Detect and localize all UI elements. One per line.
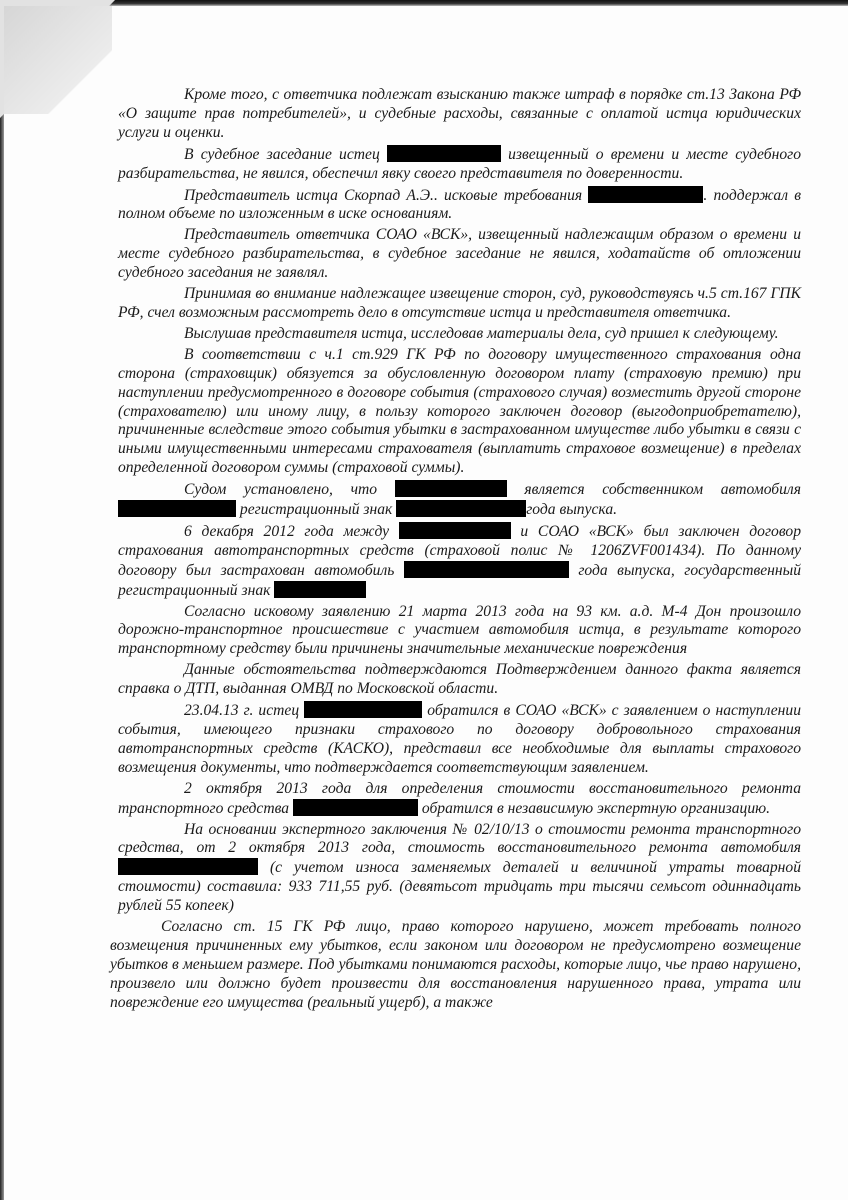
paragraph-accident: Согласно исковому заявлению 21 марта 201… (118, 603, 801, 660)
paragraph-text: На основании экспертного заключения № 02… (118, 821, 801, 857)
paragraph-text: В соответствии с ч.1 ст.929 ГК РФ по дог… (118, 346, 801, 476)
redaction-block (399, 522, 511, 539)
folded-corner-shade (4, 6, 112, 114)
paragraph-text: Данные обстоятельства подтверждаются Под… (118, 661, 801, 697)
paragraph-independent-expertise: 2 октября 2013 года для определения стои… (118, 780, 801, 819)
paragraph-text: В судебное заседание истец (184, 146, 387, 163)
paragraph-representative-supports: Представитель истца Скорпад А.Э.. исковы… (118, 186, 801, 225)
paragraph-text: является собственником автомобиля (507, 481, 801, 498)
redaction-block (387, 145, 501, 162)
paragraph-text: Представитель истца Скорпад А.Э.. исковы… (184, 187, 588, 204)
paragraph-text: Представитель ответчика СОАО «ВСК», изве… (118, 226, 801, 281)
paragraph-text: Судом установлено, что (184, 481, 395, 498)
document-page: Кроме того, с ответчика подлежат взыскан… (118, 86, 801, 1015)
paragraph-article-929: В соответствии с ч.1 ст.929 ГК РФ по дог… (118, 346, 801, 478)
paragraph-ownership: Судом установлено, что является собствен… (118, 480, 801, 520)
paragraph-text: 23.04.13 г. истец (184, 702, 304, 719)
paragraph-text: 6 декабря 2012 года между (184, 523, 399, 540)
redaction-block (118, 858, 258, 875)
paragraph-accident-certificate: Данные обстоятельства подтверждаются Под… (118, 661, 801, 699)
paragraph-court-conclusion: Выслушав представителя истца, исследовав… (118, 325, 801, 344)
paragraph-text: года выпуска. (526, 501, 617, 518)
paragraph-text: Кроме того, с ответчика подлежат взыскан… (118, 86, 801, 141)
paragraph-insurance-contract: 6 декабря 2012 года между и СОАО «ВСК» б… (118, 522, 801, 601)
paragraph-expert-conclusion: На основании экспертного заключения № 02… (118, 821, 801, 917)
redaction-block (118, 500, 236, 517)
paragraph-text: Принимая во внимание надлежащее извещени… (118, 285, 801, 321)
scan-left-edge (0, 0, 4, 1200)
redaction-block (274, 581, 366, 598)
redaction-block (293, 799, 418, 816)
redaction-block (395, 480, 507, 497)
scan-top-edge (0, 0, 848, 6)
paragraph-plaintiff-absent: В судебное заседание истец извещенный о … (118, 145, 801, 184)
paragraph-text: Согласно исковому заявлению 21 марта 201… (118, 603, 801, 658)
redaction-block (304, 701, 422, 718)
paragraph-text: обратился в независимую экспертную орган… (418, 800, 770, 817)
paragraph-defendant-absent: Представитель ответчика СОАО «ВСК», изве… (118, 226, 801, 283)
redaction-block (404, 561, 569, 578)
paragraph-text: Согласно ст. 15 ГК РФ лицо, право которо… (110, 918, 801, 1011)
paragraph-fine-and-costs: Кроме того, с ответчика подлежат взыскан… (118, 86, 801, 143)
paragraph-claim-submitted: 23.04.13 г. истец обратился в СОАО «ВСК»… (118, 701, 801, 778)
redaction-block (396, 500, 526, 517)
paragraph-court-decision-absence: Принимая во внимание надлежащее извещени… (118, 285, 801, 323)
paragraph-text: Выслушав представителя истца, исследовав… (184, 325, 779, 342)
redaction-block (588, 186, 703, 203)
paragraph-article-15: Согласно ст. 15 ГК РФ лицо, право которо… (110, 918, 801, 1013)
paragraph-text: регистрационный знак (236, 501, 396, 518)
